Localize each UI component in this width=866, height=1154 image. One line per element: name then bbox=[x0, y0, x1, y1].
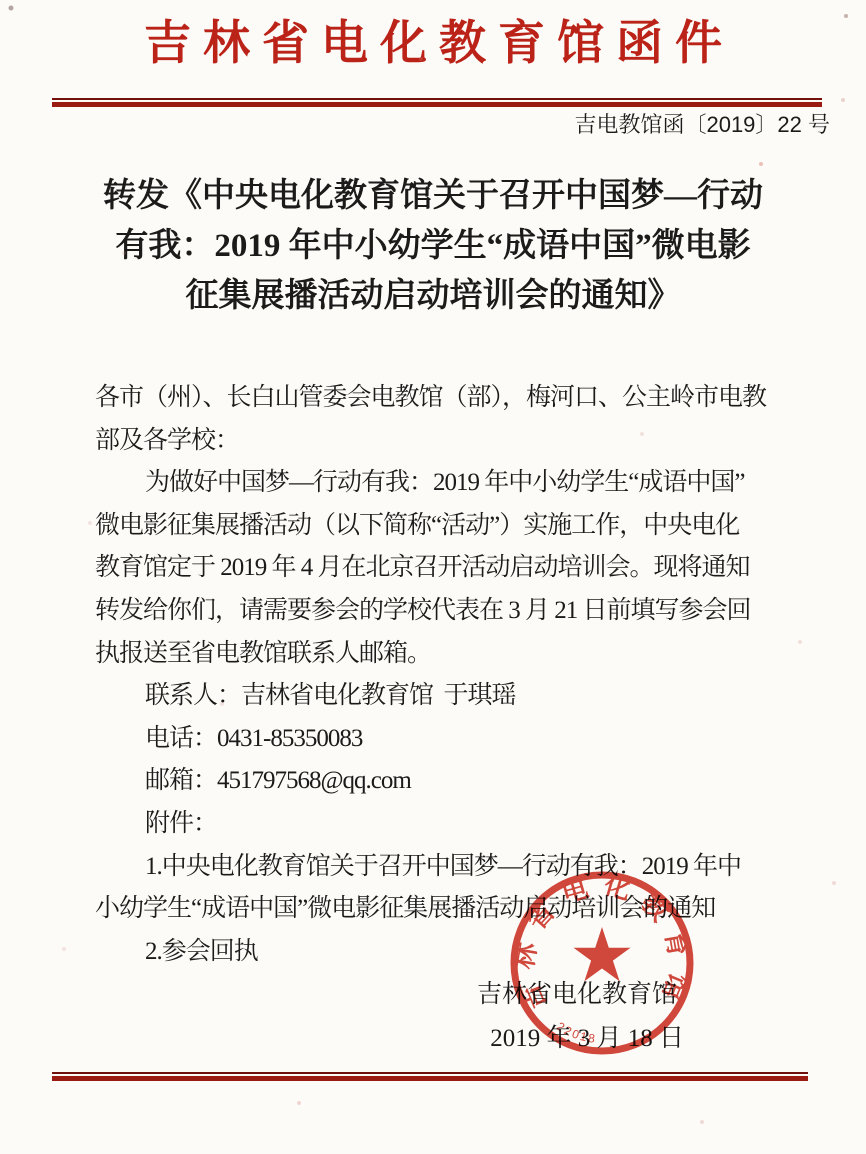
notice-title-line-3: 征集展播活动启动培训会的通知》 bbox=[0, 271, 866, 321]
header-divider-rule bbox=[52, 98, 822, 107]
body-line: 教育馆定于 2019 年 4 月在北京召开活动启动培训会。现将通知 bbox=[95, 547, 866, 590]
body-line-attachment-1: 1.中央电化教育馆关于召开中国梦—行动有我：2019 年中 bbox=[95, 846, 866, 889]
letter-page: 吉林省电化教育馆函件 吉电教馆函〔2019〕22 号 转发《中央电化教育馆关于召… bbox=[0, 0, 866, 1154]
letter-body: 各市（州）、长白山管委会电教馆（部），梅河口、公主岭市电教 部及各学校： 为做好… bbox=[0, 377, 866, 973]
scan-noise bbox=[0, 0, 2, 2]
body-line-phone: 电话：0431-85350083 bbox=[95, 718, 866, 761]
signature-block: 吉林省电化教育馆 2019 年 3 月 18 日 bbox=[0, 973, 866, 1061]
footer-divider-rule bbox=[52, 1072, 808, 1081]
body-line-attachment-1b: 小幼学生“成语中国”微电影征集展播活动启动培训会的通知 bbox=[95, 888, 866, 931]
doc-number: 吉电教馆函〔2019〕22 号 bbox=[0, 111, 866, 139]
body-line: 各市（州）、长白山管委会电教馆（部），梅河口、公主岭市电教 bbox=[95, 377, 866, 420]
body-line-attachment-2: 2.参会回执 bbox=[95, 931, 866, 974]
body-line: 转发给你们，请需要参会的学校代表在 3 月 21 日前填写参会回 bbox=[95, 590, 866, 633]
body-line: 部及各学校： bbox=[95, 420, 866, 463]
body-line-email: 邮箱：451797568@qq.com bbox=[95, 760, 866, 803]
signature-org: 吉林省电化教育馆 bbox=[0, 973, 866, 1017]
body-line: 执报送至省电教馆联系人邮箱。 bbox=[95, 633, 866, 676]
letterhead-title: 吉林省电化教育馆函件 bbox=[0, 14, 866, 74]
body-line: 为做好中国梦—行动有我：2019 年中小幼学生“成语中国” bbox=[95, 462, 866, 505]
body-line: 微电影征集展播活动（以下简称“活动”）实施工作，中央电化 bbox=[95, 505, 866, 548]
notice-title: 转发《中央电化教育馆关于召开中国梦—行动 有我：2019 年中小幼学生“成语中国… bbox=[0, 171, 866, 321]
body-line-attachments-label: 附件： bbox=[95, 803, 866, 846]
body-line-contact: 联系人：吉林省电化教育馆 于琪瑶 bbox=[95, 675, 866, 718]
notice-title-line-2: 有我：2019 年中小幼学生“成语中国”微电影 bbox=[0, 221, 866, 271]
signature-date: 2019 年 3 月 18 日 bbox=[0, 1017, 866, 1061]
notice-title-line-1: 转发《中央电化教育馆关于召开中国梦—行动 bbox=[0, 171, 866, 221]
